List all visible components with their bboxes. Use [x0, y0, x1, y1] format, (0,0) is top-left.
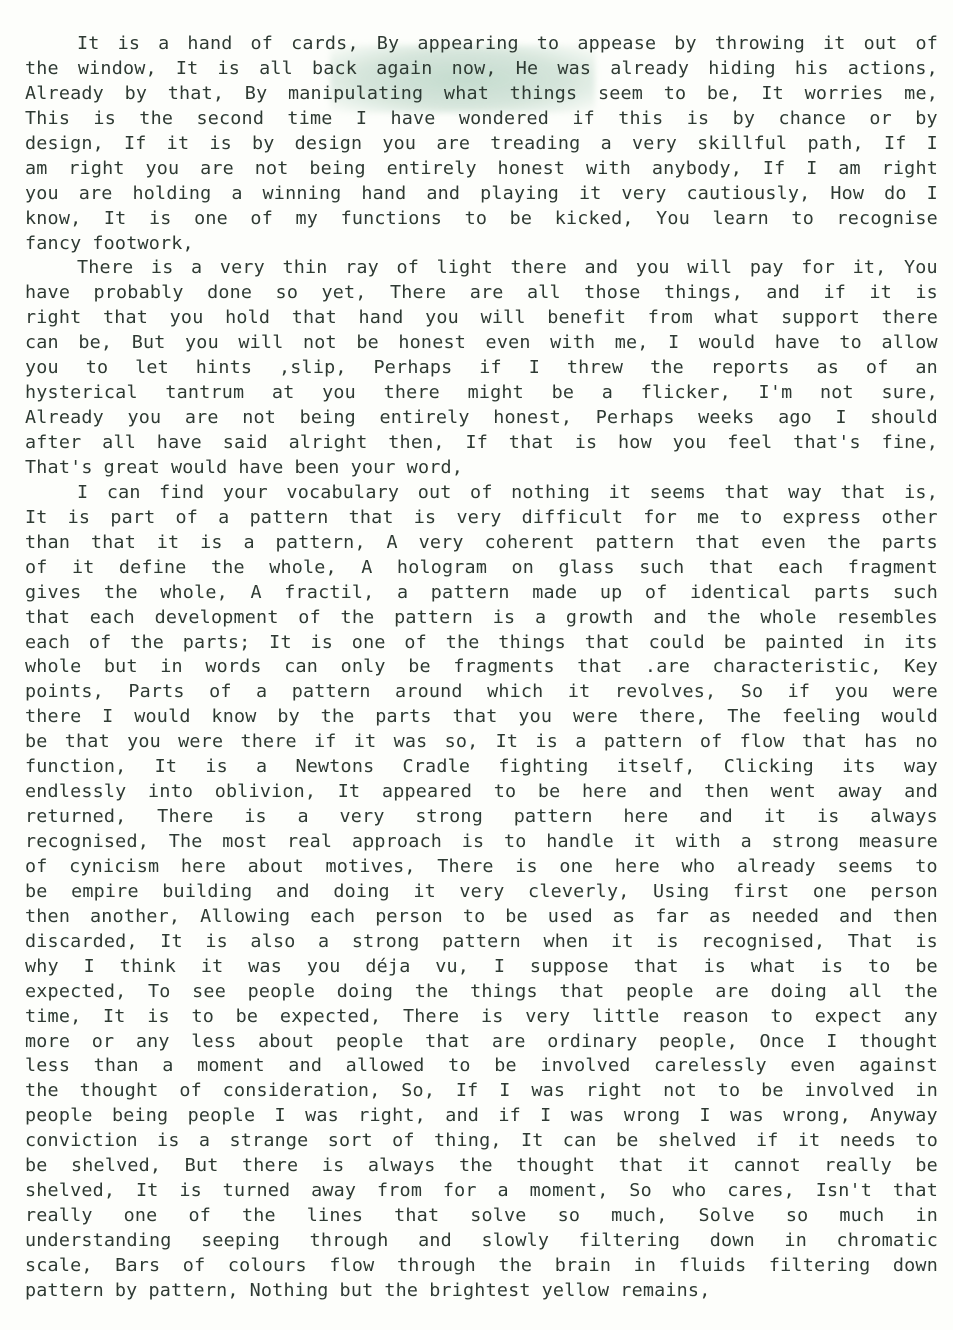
text-line: ThisisthesecondtimeIhavewonderedifthisis… [25, 107, 938, 131]
text-line: eachoftheparts;Itisoneofthethingsthatcou… [25, 631, 938, 655]
paragraph: Itisahandofcards,Byappearingtoappeasebyt… [25, 32, 938, 256]
text-line: youareholdingawinninghandandplayingitver… [25, 182, 938, 206]
text-line: bethatyouwerethereifitwasso,Itisapattern… [25, 730, 938, 754]
text-line: givesthewhole,Afractil,apatternmadeupofi… [25, 581, 938, 605]
text-line: hystericaltantrumatyoutheremightbeaflick… [25, 381, 938, 405]
text-line: recognised,Themostrealapproachistohandle… [25, 830, 938, 854]
text-line: know,Itisoneofmyfunctionstobekicked,Youl… [25, 207, 938, 231]
text-line: design,Ifitisbydesignyouaretreadingavery… [25, 132, 938, 156]
text-line: points,Partsofapatternaroundwhichitrevol… [25, 681, 938, 705]
text-line: understandingseepingthroughandslowlyfilt… [25, 1229, 938, 1253]
text-line: youtolethints,slip,PerhapsifIthrewtherep… [25, 356, 938, 380]
text-line: fancyfootwork, [25, 232, 938, 256]
text-line: time,Itistobeexpected,Thereisverylittler… [25, 1005, 938, 1029]
text-line: Alreadybythat,Bymanipulatingwhatthingsse… [25, 82, 938, 106]
text-line: moreoranylessaboutpeoplethatareordinaryp… [25, 1030, 938, 1054]
text-line: thanthatitisapattern,Averycoherentpatter… [25, 531, 938, 555]
text-line: patternbypattern,Nothingbutthebrightesty… [25, 1279, 938, 1303]
text-line: convictionisastrangesortofthing,Itcanbes… [25, 1129, 938, 1153]
paragraph: Thereisaverythinrayoflightthereandyouwil… [25, 256, 938, 480]
text-line: peoplebeingpeopleIwasright,andifIwaswron… [25, 1105, 938, 1129]
text-line: thateachdevelopmentofthepatternisagrowth… [25, 606, 938, 630]
typed-document-page: Itisahandofcards,Byappearingtoappeasebyt… [25, 32, 938, 1304]
text-line: thereIwouldknowbythepartsthatyouwerether… [25, 706, 938, 730]
text-line: afterallhavesaidalrightthen,Ifthatishowy… [25, 431, 938, 455]
text-line: reallyoneofthelinesthatsolvesomuch,Solve… [25, 1204, 938, 1228]
text-line: ofcynicismhereaboutmotives,Thereisoneher… [25, 855, 938, 879]
text-line: canbe,Butyouwillnotbehonestevenwithme,Iw… [25, 331, 938, 355]
text-line: expected,Toseepeopledoingthethingsthatpe… [25, 980, 938, 1004]
text-line: shelved,Itisturnedawayfromforamoment,Sow… [25, 1179, 938, 1203]
text-line: haveprobablydonesoyet,Thereareallthoseth… [25, 282, 938, 306]
text-line: thewindow,Itisallbackagainnow,Hewasalrea… [25, 57, 938, 81]
text-line: scale,Barsofcoloursflowthroughthebrainin… [25, 1254, 938, 1278]
text-line: function,ItisaNewtonsCradlefightingitsel… [25, 755, 938, 779]
text-line: Icanfindyourvocabularyoutofnothingitseem… [25, 481, 938, 505]
text-line: returned,Thereisaverystrongpatternherean… [25, 805, 938, 829]
text-line: Alreadyyouarenotbeingentirelyhonest,Perh… [25, 406, 938, 430]
text-line: Itispartofapatternthatisverydifficultfor… [25, 506, 938, 530]
text-line: discarded,Itisalsoastrongpatternwhenitis… [25, 930, 938, 954]
text-line: beshelved,Butthereisalwaysthethoughtthat… [25, 1154, 938, 1178]
text-line: Thereisaverythinrayoflightthereandyouwil… [25, 257, 938, 281]
paragraph: Icanfindyourvocabularyoutofnothingitseem… [25, 481, 938, 1304]
text-line: That'sgreatwouldhavebeenyourword, [25, 456, 938, 480]
text-line: endlesslyintooblivion,Itappearedtobehere… [25, 780, 938, 804]
text-line: amrightyouarenotbeingentirelyhonestwitha… [25, 157, 938, 181]
text-line: whyIthinkitwasyoudéjavu,Isupposethatiswh… [25, 955, 938, 979]
text-line: thethoughtofconsideration,So,IfIwasright… [25, 1080, 938, 1104]
text-line: thenanother,Allowingeachpersontobeusedas… [25, 905, 938, 929]
text-line: rightthatyouholdthathandyouwillbenefitfr… [25, 307, 938, 331]
text-line: lessthanamomentandallowedtobeinvolvedcar… [25, 1055, 938, 1079]
text-line: wholebutinwordscanonlybefragmentsthat.ar… [25, 656, 938, 680]
text-line: ofitdefinethewhole,Ahologramonglasssucht… [25, 556, 938, 580]
text-line: Itisahandofcards,Byappearingtoappeasebyt… [25, 32, 938, 56]
text-line: beempirebuildinganddoingitverycleverly,U… [25, 880, 938, 904]
